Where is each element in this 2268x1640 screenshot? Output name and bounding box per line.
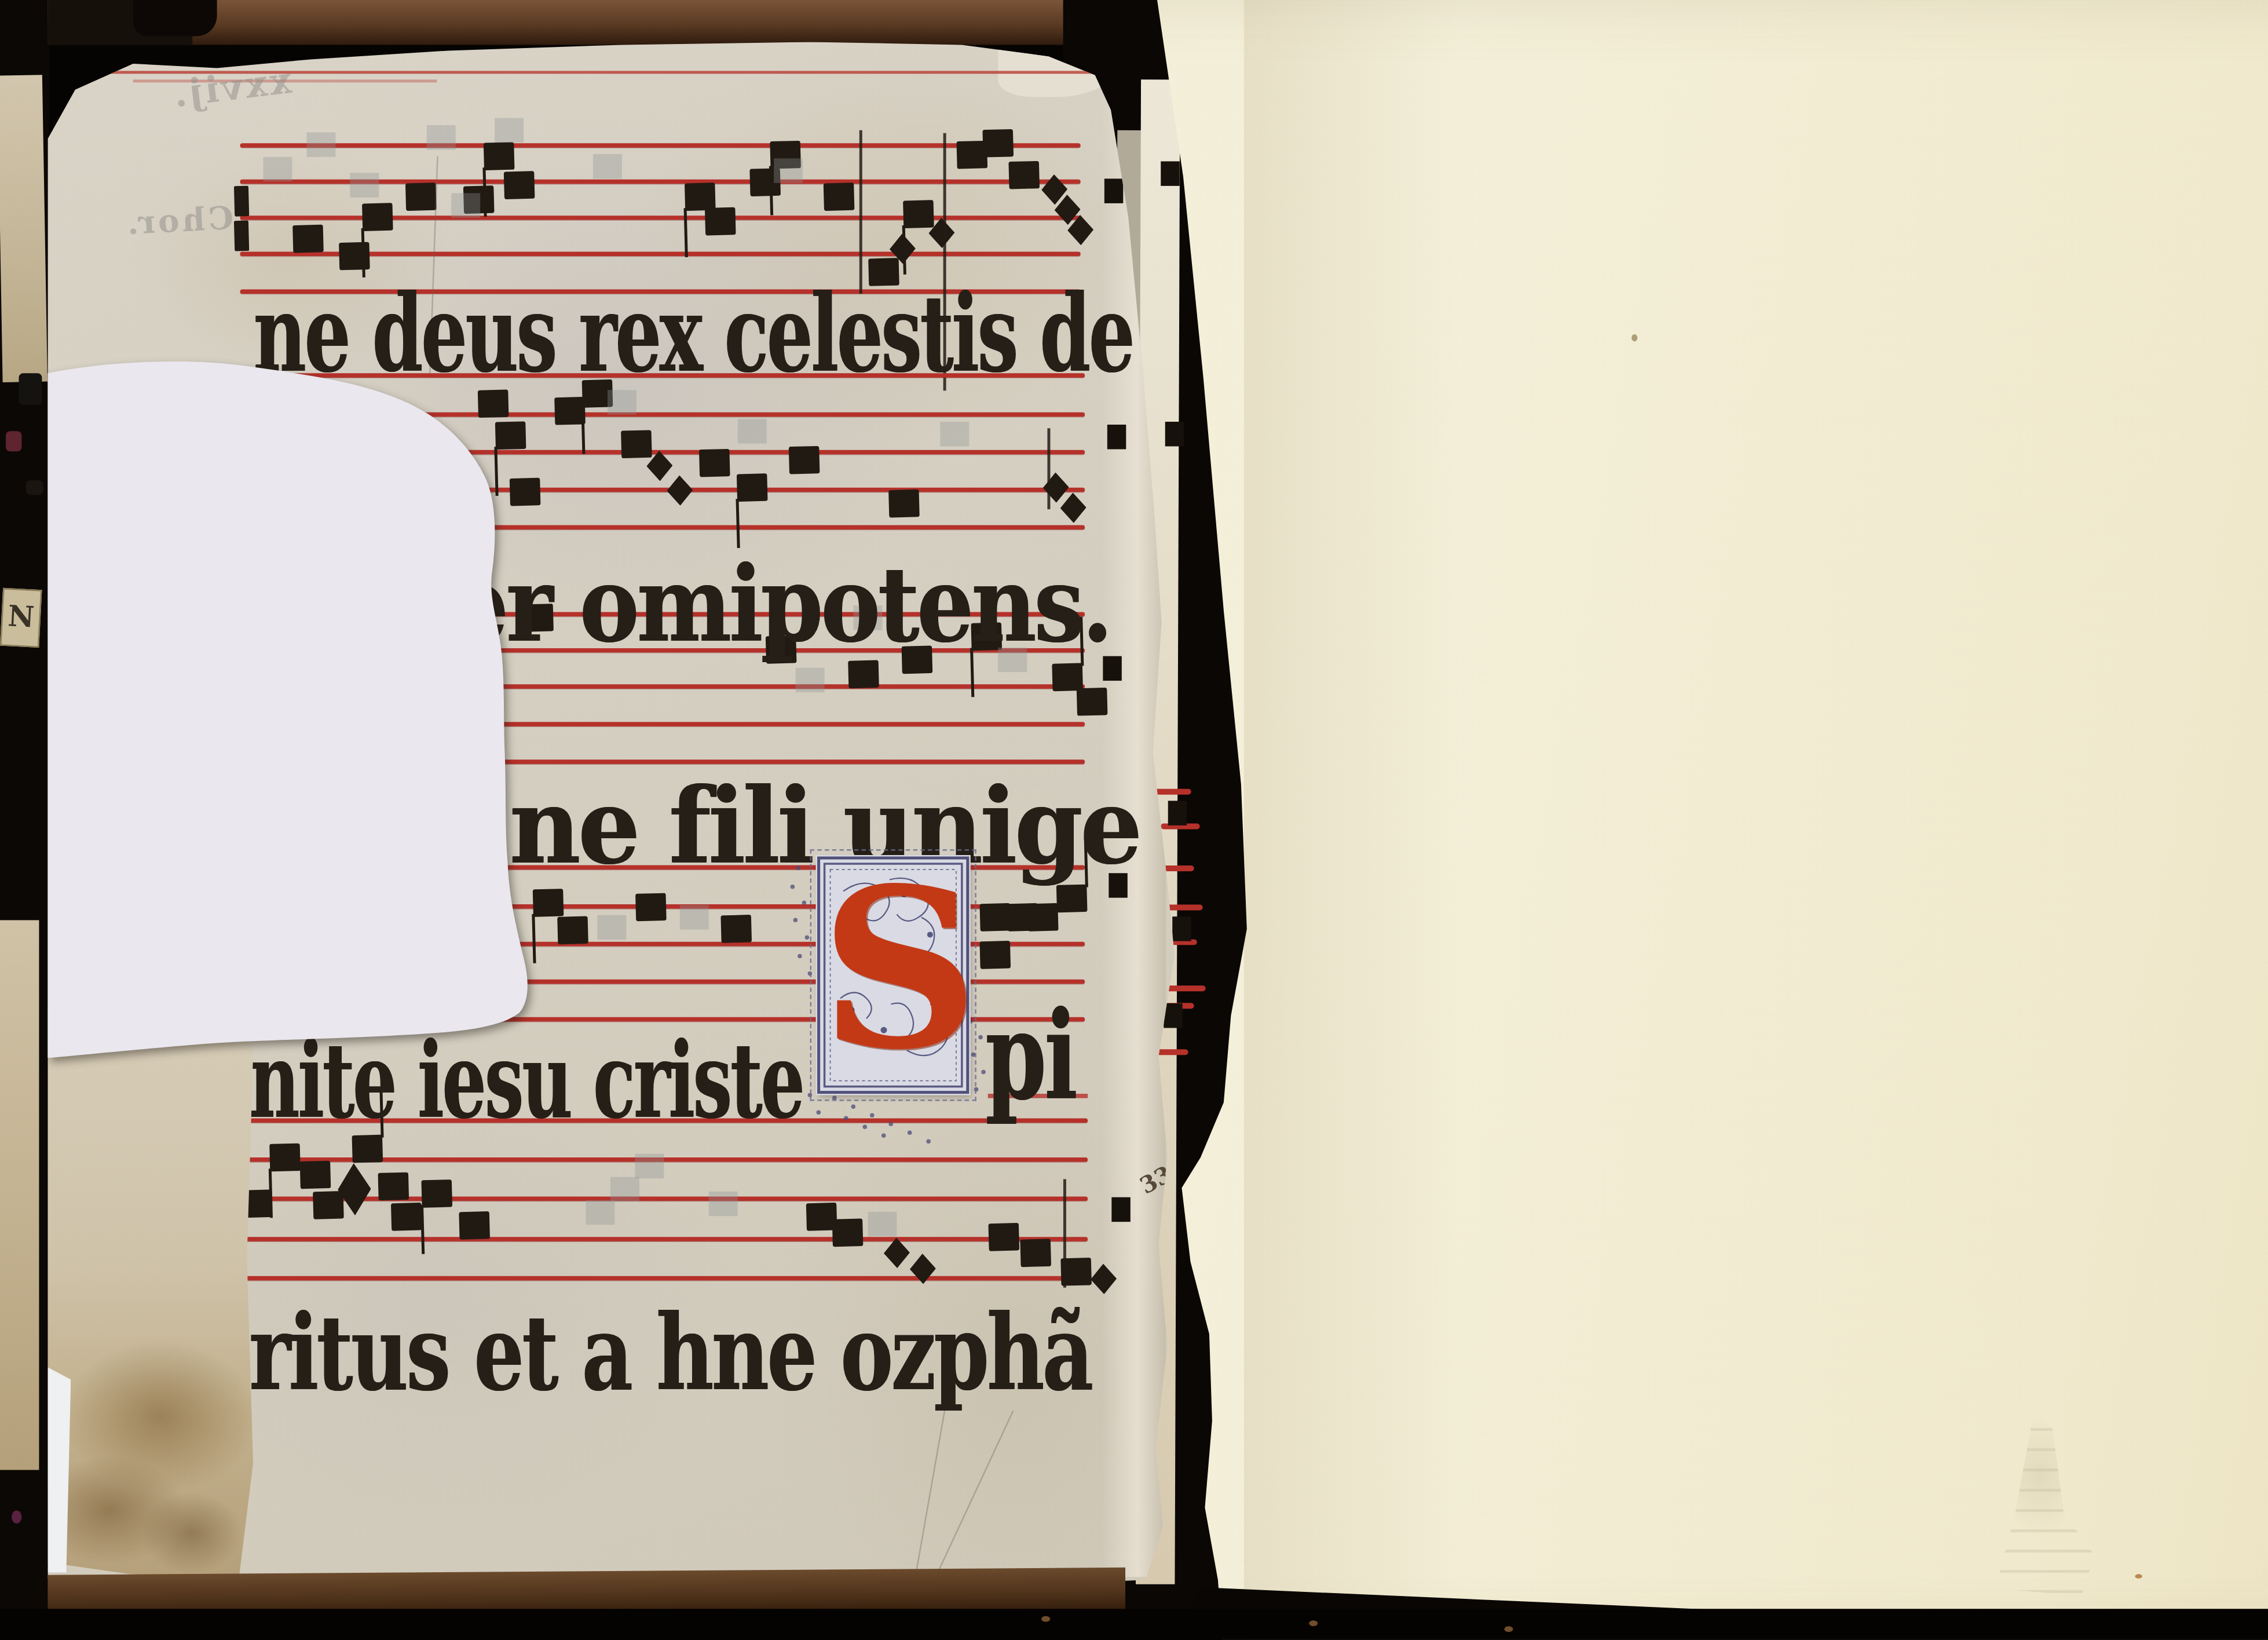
photo-canvas: ne deus rex celestis de er omipotens. ne… — [0, 0, 2268, 1639]
stained-parchment-fragment — [47, 995, 253, 1580]
neume-sq — [720, 915, 752, 943]
penwork-dot — [881, 1134, 886, 1138]
neume-sqs — [362, 203, 393, 231]
penwork-dot — [863, 1125, 868, 1130]
staff-line — [240, 487, 1085, 491]
neume-sq — [832, 1218, 864, 1247]
neume-sqs — [737, 473, 768, 502]
neume-sq — [557, 916, 588, 944]
torn-edge-ink-fragment — [1161, 161, 1179, 185]
showthrough-ghost-note — [306, 133, 335, 157]
showthrough-ghost-note — [738, 419, 767, 443]
penwork-dot — [888, 1122, 893, 1127]
showthrough-ghost-note — [610, 1177, 639, 1201]
staff-line — [240, 684, 1085, 688]
neume-sq — [1027, 903, 1059, 932]
neume-sq — [1020, 1239, 1051, 1267]
background-bottom — [0, 1609, 2268, 1639]
neume-sqs — [484, 142, 515, 170]
neume-diam — [909, 1254, 936, 1285]
neume-sq — [313, 1191, 344, 1219]
neume-diam — [883, 1237, 910, 1269]
neume-diam — [1042, 472, 1069, 503]
showthrough-ghost-note — [350, 173, 379, 197]
penwork-dot — [870, 1113, 875, 1118]
chant-text-line-5: ritus et a hne ozphã — [249, 1309, 1091, 1396]
penwork-dot — [793, 918, 798, 922]
neume-sqs — [903, 200, 934, 228]
neume-sqsu — [1056, 885, 1088, 913]
neume-sq — [979, 941, 1011, 969]
neume-sq — [1060, 1258, 1092, 1286]
illuminated-initial-panel: S — [817, 857, 969, 1094]
chant-text-line-2: er omipotens. — [451, 561, 1110, 648]
staff-line — [240, 143, 1081, 147]
showthrough-ghost-note — [427, 125, 456, 149]
screenshot-stage: ne deus rex celestis de er omipotens. ne… — [0, 0, 2268, 1640]
paper-speck — [1632, 334, 1637, 341]
bar-line — [1047, 428, 1049, 509]
showthrough-ghost-note — [796, 668, 825, 692]
showthrough-ghost-note — [597, 915, 626, 940]
neume-sq — [378, 1173, 409, 1201]
neume-sq — [504, 171, 535, 199]
penwork-dot — [851, 1105, 856, 1109]
neume-sq — [405, 182, 437, 211]
staff-line — [240, 1236, 1088, 1240]
penwork-dot — [926, 1139, 931, 1144]
neume-diam — [667, 475, 693, 506]
showthrough-ghost-note — [593, 154, 622, 178]
neume-clef — [234, 186, 249, 217]
torn-edge-ink-fragment — [1111, 1197, 1130, 1222]
staff-line — [240, 1276, 1088, 1280]
neume-sq — [979, 903, 1011, 932]
showthrough-ghost-note — [709, 1192, 738, 1216]
showthrough-ghost-note — [451, 193, 480, 217]
staff-line — [240, 1196, 1088, 1200]
neume-diam — [1060, 492, 1087, 524]
neume-sqsu — [1052, 663, 1083, 691]
red-staffline-stub — [1166, 985, 1205, 991]
staff-line — [240, 524, 1085, 528]
neume-sqs — [533, 889, 564, 917]
showthrough-ghost-note — [868, 1212, 897, 1236]
showthrough-ghost-note — [264, 157, 292, 181]
staff-line — [240, 721, 1085, 725]
neume-sq — [621, 430, 652, 458]
torn-edge-ink-fragment — [1168, 801, 1187, 825]
penwork-dot — [908, 1131, 912, 1135]
staff-line — [240, 759, 1085, 763]
neume-sq — [705, 207, 736, 236]
showthrough-ghost-note — [635, 1154, 664, 1178]
chant-text-line-1: ne deus rex celestis de — [253, 290, 1133, 378]
neume-sq — [789, 446, 820, 474]
neume-sq — [635, 893, 667, 922]
binding-letter-label: N — [0, 588, 42, 648]
torn-edge-ink-fragment — [1107, 425, 1126, 449]
torn-edge-ink-fragment — [1164, 1003, 1182, 1028]
showthrough-ghost-note — [495, 118, 524, 143]
showthrough-ghost-note — [940, 422, 969, 446]
neume-sq — [292, 225, 324, 253]
chant-text-line-4: nite iesu criste — [249, 1038, 803, 1124]
neume-sqs — [685, 182, 716, 211]
showthrough-ghost-note — [586, 1200, 614, 1225]
neume-sq — [699, 449, 730, 477]
neume-clef — [234, 221, 249, 251]
penwork-dot — [978, 1035, 983, 1040]
rust-speck — [2135, 1574, 2142, 1578]
torn-edge-ink-fragment — [1165, 422, 1184, 446]
red-staffline-stub — [1152, 789, 1191, 794]
neume-sq — [1077, 688, 1108, 716]
staff-line — [240, 449, 1085, 453]
neume-sqs — [269, 1144, 301, 1172]
penwork-dot — [798, 954, 802, 959]
bar-line — [859, 130, 862, 294]
showthrough-ghost-note — [680, 905, 709, 929]
showthrough-inscription-lower: Chor. — [123, 200, 235, 243]
neume-sq — [824, 182, 855, 211]
neume-sqs — [421, 1179, 452, 1208]
neume-sq — [300, 1161, 331, 1189]
leather-speck — [1504, 1626, 1513, 1632]
leather-speck — [1041, 1616, 1050, 1622]
leather-speck — [1309, 1620, 1318, 1626]
initial-letter-S: S — [820, 848, 966, 1080]
neume-sq — [459, 1211, 490, 1240]
staff-line — [240, 412, 1085, 416]
torn-edge-ink-fragment — [1172, 916, 1191, 941]
neume-sq — [1008, 161, 1040, 189]
penwork-dot — [805, 935, 810, 940]
neume-sq — [391, 1203, 422, 1231]
showthrough-smudge — [1985, 1411, 2095, 1596]
torn-edge-ink-fragment — [1104, 178, 1123, 203]
neume-diam — [1090, 1263, 1117, 1295]
page-curvature-shade — [1244, 0, 1461, 1639]
penwork-dot — [817, 1111, 821, 1115]
chant-text-line-4-after-initial: pi — [985, 1013, 1076, 1100]
neume-sq — [888, 490, 920, 518]
neume-sq — [982, 129, 1014, 158]
neume-sq — [510, 478, 541, 506]
showthrough-ghost-note — [774, 158, 803, 182]
neume-sqs — [495, 421, 526, 450]
neume-sq — [988, 1223, 1019, 1251]
